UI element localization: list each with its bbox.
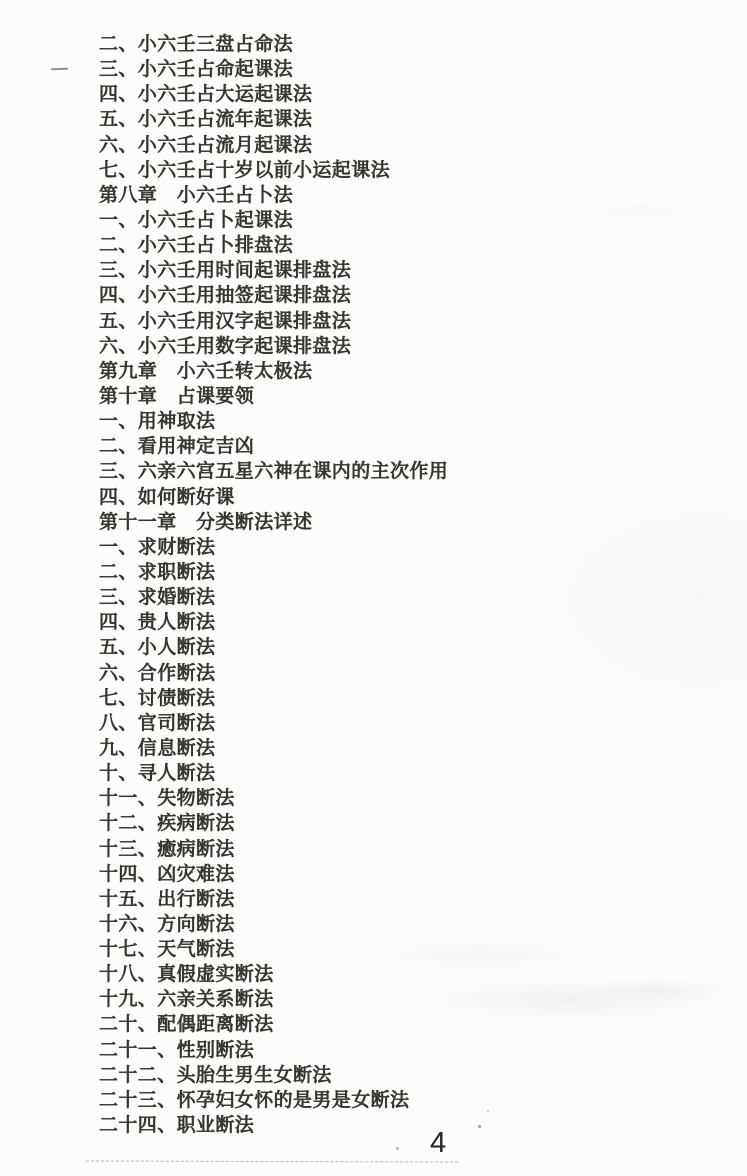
toc-item-line: 二、看用神定吉凶 xyxy=(99,434,448,459)
toc-item-line: 二、小六壬三盘占命法 xyxy=(99,32,448,57)
toc-chapter-line: 第九章 小六壬转太极法 xyxy=(99,359,448,384)
toc-item-line: 十五、出行断法 xyxy=(99,887,448,912)
margin-dash-mark xyxy=(51,68,68,71)
toc-item-line: 五、小六壬占流年起课法 xyxy=(99,107,448,132)
toc-item-line: 九、信息断法 xyxy=(99,736,448,761)
scan-dot-artifact xyxy=(478,1125,481,1128)
toc-item-line: 十八、真假虚实断法 xyxy=(99,962,448,987)
toc-item-line: 八、官司断法 xyxy=(99,711,448,736)
toc-item-line: 三、六亲六宫五星六神在课内的主次作用 xyxy=(99,459,448,484)
toc-item-line: 十四、凶灾难法 xyxy=(99,862,448,887)
toc-item-line: 二、小六壬占卜排盘法 xyxy=(99,233,448,258)
toc-item-line: 十三、癒病断法 xyxy=(99,837,448,862)
toc-chapter-line: 第八章 小六壬占卜法 xyxy=(99,183,448,208)
page-number: 4 xyxy=(430,1127,446,1160)
toc-item-line: 三、求婚断法 xyxy=(99,585,448,610)
toc-item-line: 十九、六亲关系断法 xyxy=(99,987,448,1012)
toc-item-line: 三、小六壬用时间起课排盘法 xyxy=(99,258,448,283)
toc-item-line: 一、用神取法 xyxy=(99,409,448,434)
toc-item-line: 六、合作断法 xyxy=(99,661,448,686)
toc-item-line: 四、贵人断法 xyxy=(99,610,448,635)
scanned-page: 二、小六壬三盘占命法三、小六壬占命起课法四、小六壬占大运起课法五、小六壬占流年起… xyxy=(0,0,747,1176)
toc-item-line: 四、小六壬占大运起课法 xyxy=(99,82,448,107)
toc-chapter-line: 第十章 占课要领 xyxy=(99,384,448,409)
toc-item-line: 十七、天气断法 xyxy=(99,937,448,962)
toc-item-line: 十二、疾病断法 xyxy=(99,811,448,836)
toc-item-line: 四、小六壬用抽签起课排盘法 xyxy=(99,283,448,308)
toc-item-line: 二、求职断法 xyxy=(99,560,448,585)
toc-item-line: 三、小六壬占命起课法 xyxy=(99,57,448,82)
toc-item-line: 六、小六壬占流月起课法 xyxy=(99,133,448,158)
toc-item-line: 五、小人断法 xyxy=(99,635,448,660)
toc-item-line: 二十一、性别断法 xyxy=(99,1038,448,1063)
toc-item-line: 六、小六壬用数字起课排盘法 xyxy=(99,334,448,359)
toc-item-line: 十六、方向断法 xyxy=(99,912,448,937)
footer-rule xyxy=(86,1161,458,1163)
toc-chapter-line: 第十一章 分类断法详述 xyxy=(99,510,448,535)
toc-item-line: 一、小六壬占卜起课法 xyxy=(99,208,448,233)
scan-dot-artifact xyxy=(487,1110,489,1112)
toc-item-line: 七、小六壬占十岁以前小运起课法 xyxy=(99,158,448,183)
toc-list: 二、小六壬三盘占命法三、小六壬占命起课法四、小六壬占大运起课法五、小六壬占流年起… xyxy=(99,32,448,1138)
scan-dot-artifact xyxy=(396,1147,399,1150)
toc-item-line: 二十三、怀孕妇女怀的是男是女断法 xyxy=(99,1088,448,1113)
toc-item-line: 五、小六壬用汉字起课排盘法 xyxy=(99,309,448,334)
toc-item-line: 四、如何断好课 xyxy=(99,485,448,510)
toc-item-line: 二十二、头胎生男生女断法 xyxy=(99,1063,448,1088)
toc-item-line: 二十、配偶距离断法 xyxy=(99,1012,448,1037)
toc-item-line: 一、求财断法 xyxy=(99,535,448,560)
toc-item-line: 七、讨债断法 xyxy=(99,686,448,711)
toc-item-line: 十一、失物断法 xyxy=(99,786,448,811)
toc-item-line: 二十四、职业断法 xyxy=(99,1113,448,1138)
toc-item-line: 十、寻人断法 xyxy=(99,761,448,786)
